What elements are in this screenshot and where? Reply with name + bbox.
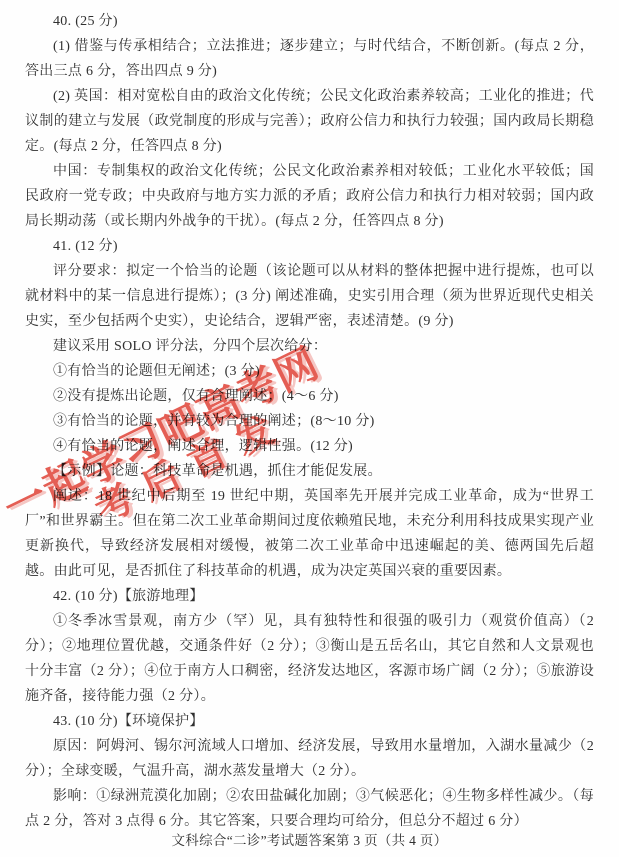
question-43-causes: 原因：阿姆河、锡尔河流域人口增加、经济发展，导致用水量增加，入湖水量减少（2 分…	[25, 734, 594, 784]
question-41-level-1: ①有恰当的论题但无阐述；(3 分)	[25, 359, 594, 384]
answer-sheet-page: 一起学习吧高考网 考后首发 40. (25 分) (1) 借鉴与传承相结合；立法…	[0, 0, 619, 857]
question-41-header: 41. (12 分)	[25, 234, 594, 259]
question-41-level-2: ②没有提炼出论题，仅有合理阐述；(4～6 分)	[25, 384, 594, 409]
question-41-example-elaboration: 阐述：18 世纪中后期至 19 世纪中期，英国率先开展并完成工业革命，成为“世界…	[25, 484, 594, 584]
question-40-header: 40. (25 分)	[25, 9, 594, 34]
question-40-answer-2-china: 中国：专制集权的政治文化传统；公民文化政治素养相对较低；工业化水平较低；国民政府…	[25, 159, 594, 234]
question-40-answer-2-britain: (2) 英国：相对宽松自由的政治文化传统；公民文化政治素养较高；工业化的推进；代…	[25, 84, 594, 159]
question-43-header: 43. (10 分)【环境保护】	[25, 709, 594, 734]
question-41-grading-requirements: 评分要求：拟定一个恰当的论题（该论题可以从材料的整体把握中进行提炼，也可以就材料…	[25, 259, 594, 334]
question-42-header: 42. (10 分)【旅游地理】	[25, 584, 594, 609]
page-footer: 文科综合“二诊”考试题答案第 3 页（共 4 页）	[0, 829, 619, 849]
question-41-solo-method-intro: 建议采用 SOLO 评分法，分四个层次给分：	[25, 334, 594, 359]
question-40-answer-1: (1) 借鉴与传承相结合；立法推进；逐步建立；与时代结合，不断创新。(每点 2 …	[25, 34, 594, 84]
answer-content: 40. (25 分) (1) 借鉴与传承相结合；立法推进；逐步建立；与时代结合，…	[0, 0, 619, 834]
question-41-example-thesis: 【示例】论题：科技革命是机遇，抓住才能促发展。	[25, 459, 594, 484]
question-42-answer: ①冬季冰雪景观，南方少（罕）见，具有独特性和很强的吸引力（观赏价值高）（2 分）…	[25, 609, 594, 709]
question-41-level-4: ④有恰当的论题，阐述合理，逻辑性强。(12 分)	[25, 434, 594, 459]
question-43-impacts: 影响：①绿洲荒漠化加剧；②农田盐碱化加剧；③气候恶化；④生物多样性减少。（每点 …	[25, 784, 594, 834]
question-41-level-3: ③有恰当的论题，并有较为合理的阐述；(8～10 分)	[25, 409, 594, 434]
